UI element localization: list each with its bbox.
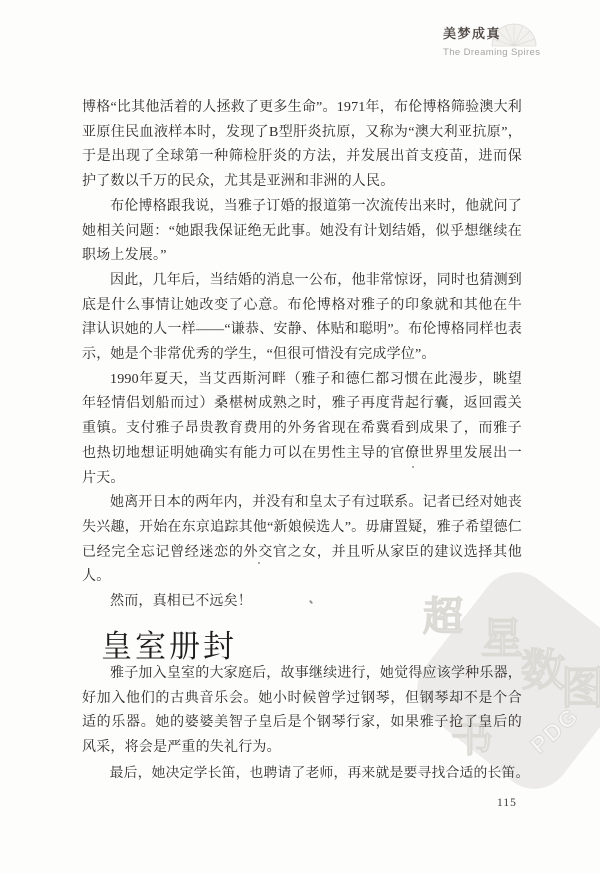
book-title-chinese: 美梦成真: [443, 26, 540, 42]
paragraph: 1990年夏天，当艾西斯河畔（雅子和德仁都习惯在此漫步，眺望年轻情侣划船而过）桑…: [82, 368, 522, 492]
paragraph: 布伦博格跟我说，当雅子订婚的报道第一次流传出来时，他就问了她相关问题：“她跟我保…: [82, 195, 522, 269]
paragraph: 她离开日本的两年内，并没有和皇太子有过联系。记者已经对她丧失兴趣，开始在东京追踪…: [82, 491, 522, 590]
scan-speck: [412, 466, 414, 468]
body-text-upper: 博格“比其他活着的人拯救了更多生命”。1971年，布伦博格筛验澳大利亚原住民血液…: [82, 96, 522, 615]
paragraph: 雅子加入皇室的大家庭后，故事继续进行，她觉得应该学种乐器，好加入他们的古典音乐会…: [82, 662, 522, 761]
running-head: 美梦成真 The Dreaming Spires: [443, 26, 540, 58]
section-heading: 皇室册封: [101, 627, 237, 667]
book-title-english: The Dreaming Spires: [443, 47, 540, 58]
book-page: 美梦成真 The Dreaming Spires 超 星 数 图 书 PDG 博…: [0, 0, 600, 874]
watermark-seal-glyph: 星: [481, 619, 523, 661]
page-number: 115: [497, 797, 517, 809]
body-text-lower: 雅子加入皇室的大家庭后，故事继续进行，她觉得应该学种乐器，好加入他们的古典音乐会…: [82, 662, 522, 786]
paragraph: 最后，她决定学长笛，也聘请了老师，再来就是要寻找合适的长笛。: [82, 761, 522, 786]
paragraph: 然而，真相已不远矣！: [82, 590, 522, 615]
watermark-seal-glyph: 数: [521, 649, 565, 693]
paragraph: 因此，几年后，当结婚的消息一公布，他非常惊讶，同时也猜测到底是什么事情让她改变了…: [82, 269, 522, 368]
paragraph: 博格“比其他活着的人拯救了更多生命”。1971年，布伦博格筛验澳大利亚原住民血液…: [82, 96, 522, 195]
scan-speck: [258, 562, 260, 564]
